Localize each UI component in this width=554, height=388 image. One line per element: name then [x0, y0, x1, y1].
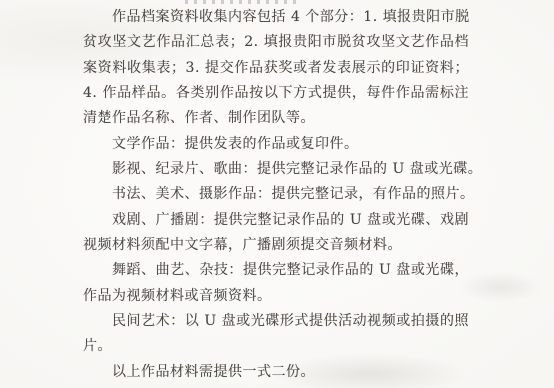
- text-line: 贫攻坚文艺作品汇总表；2. 填报贵阳市脱贫攻坚文艺作品档: [83, 30, 469, 55]
- text-line: 作品档案资料收集内容包括 4 个部分：1. 填报贵阳市脱: [83, 5, 469, 30]
- text-line: 文学作品：提供发表的作品或复印件。: [83, 132, 469, 157]
- text-line: 4. 作品样品。各类别作品按以下方式提供，每件作品需标注: [83, 81, 469, 106]
- text-line: 民间艺术：以 U 盘或光碟形式提供活动视频或拍摄的照: [83, 309, 469, 334]
- text-line: 清楚作品名称、作者、制作团队等。: [83, 106, 469, 131]
- text-line: 以上作品材料需提供一式二份。: [83, 360, 469, 385]
- document-body-text: 作品档案资料收集内容包括 4 个部分：1. 填报贵阳市脱 贫攻坚文艺作品汇总表；…: [83, 5, 469, 385]
- text-line: 片。: [83, 334, 469, 359]
- text-line: 书法、美术、摄影作品：提供完整记录，有作品的照片。: [83, 182, 469, 207]
- text-line: 戏剧、广播剧：提供完整记录作品的 U 盘或光碟、戏剧: [83, 208, 469, 233]
- text-line: 影视、纪录片、歌曲：提供完整记录作品的 U 盘或光碟。: [83, 157, 469, 182]
- text-line: 舞蹈、曲艺、杂技：提供完整记录作品的 U 盘或光碟，: [83, 258, 469, 283]
- cropped-line-artifact: [185, 0, 299, 4]
- text-line: 作品为视频材料或音频资料。: [83, 284, 469, 309]
- text-line: 案资料收集表；3. 提交作品获奖或者发表展示的印证资料；: [83, 56, 469, 81]
- scanned-document-page: 作品档案资料收集内容包括 4 个部分：1. 填报贵阳市脱 贫攻坚文艺作品汇总表；…: [0, 0, 554, 388]
- text-line: 视频材料须配中文字幕，广播剧须提交音频材料。: [83, 233, 469, 258]
